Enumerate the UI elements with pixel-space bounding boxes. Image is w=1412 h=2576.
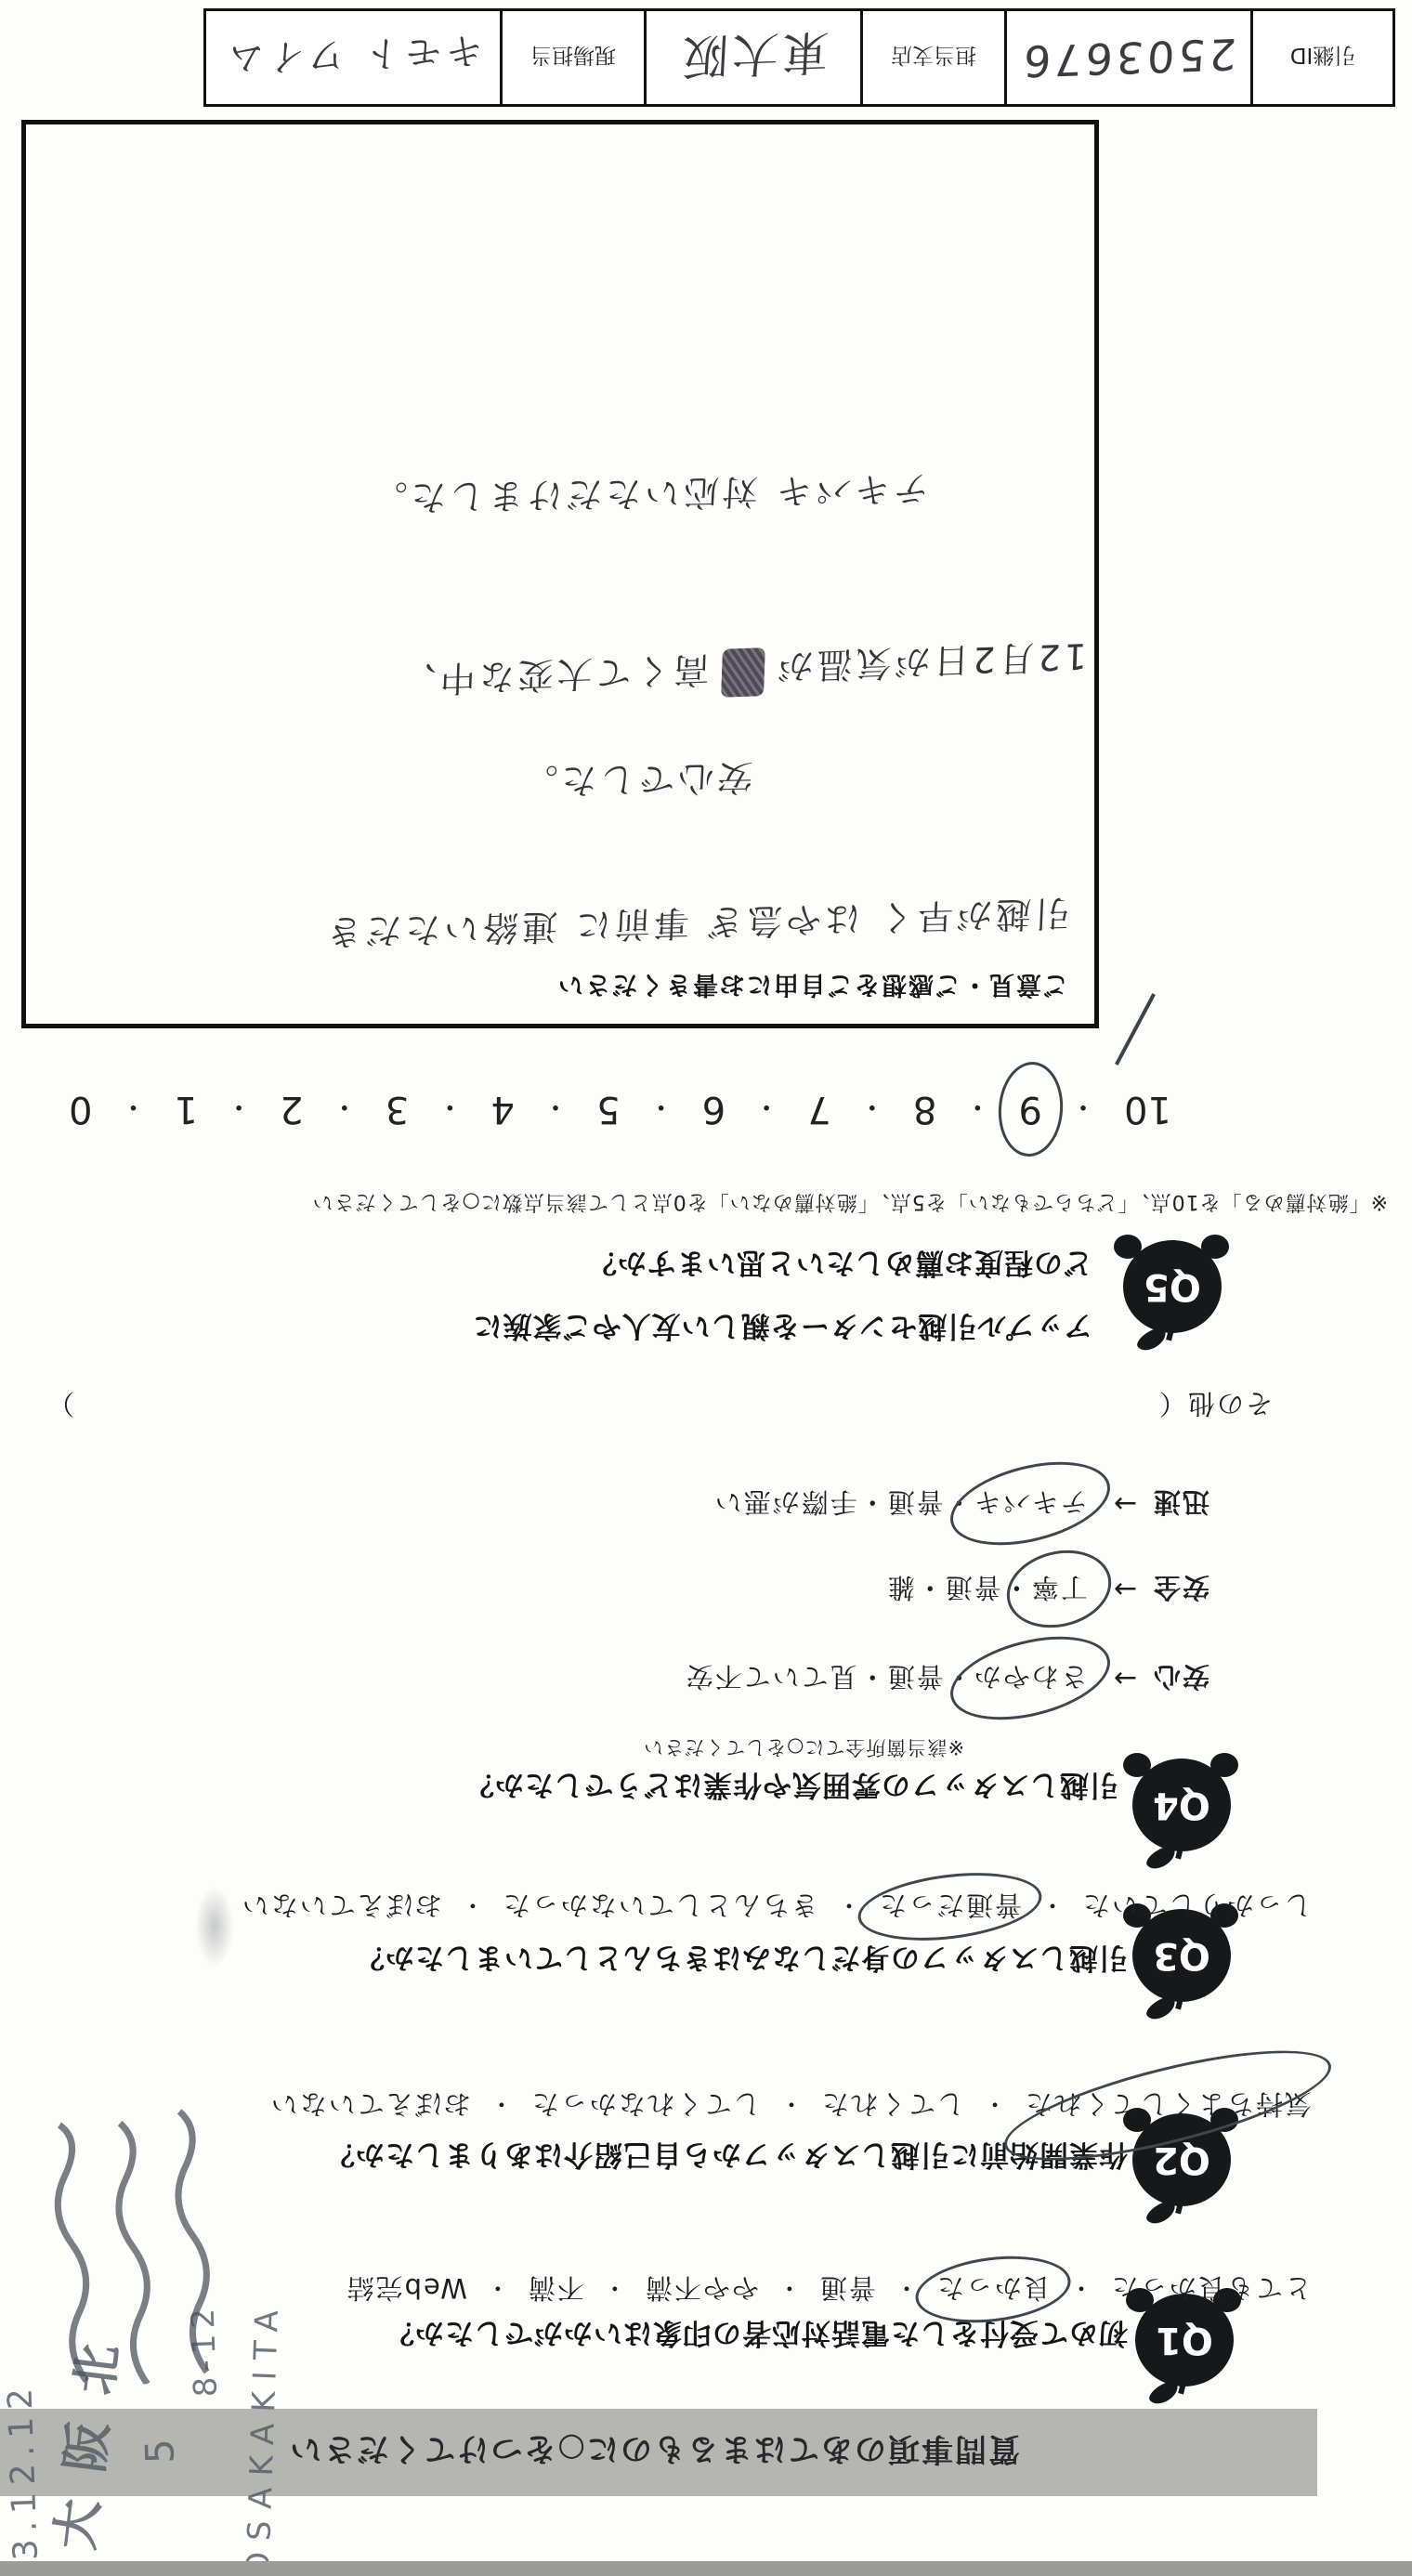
separator-dot: ・ — [752, 1089, 780, 1130]
q2-badge: Q2 — [1132, 2113, 1231, 2206]
branch-label: 担当支店 — [891, 43, 976, 73]
q1-option-selected: 良かった — [935, 2270, 1051, 2308]
q4-badge: Q4 — [1132, 1759, 1231, 1851]
q3-title: 引越しスタッフの身だしなみはきちんとしていましたか？ — [355, 1940, 1128, 1981]
separator-dot: ・ — [225, 1089, 253, 1130]
q1-option: とても良かった — [1110, 2270, 1312, 2308]
nps-1: 1 — [171, 1088, 202, 1131]
q1-option: Web完結 — [346, 2270, 467, 2308]
arrow-right-icon: → — [1112, 1487, 1137, 1520]
postmark-romaji: OSAKAKITA — [240, 2298, 286, 2576]
scanner-edge-strip — [0, 2561, 1412, 2576]
comment-box: ご意見・ご感想をご自由にお書きください 引越が早く はや急ぎ 事前に 連絡いただ… — [21, 120, 1099, 1028]
nps-2: 2 — [276, 1088, 307, 1131]
separator-dot: ・ — [857, 1659, 886, 1697]
separator-dot: ・ — [484, 2272, 510, 2307]
separator-dot: ・ — [331, 1089, 359, 1130]
comment-box-label: ご意見・ご感想をご自由にお書きください — [556, 969, 1068, 1005]
q4-option: 雑 — [886, 1570, 915, 1608]
q4-option-selected: さわやか — [973, 1659, 1088, 1697]
q2-options: 気持ちよくしてくれた・ してくれた・ してくれなかった・ おぼえていない — [269, 2086, 1312, 2125]
separator-dot: ・ — [776, 2272, 802, 2307]
separator-dot: ・ — [893, 2272, 919, 2307]
q2-mascot-icon: Q2 — [1131, 2110, 1231, 2217]
q2-option-selected: 気持ちよくしてくれた — [1024, 2086, 1312, 2125]
q1-options: とても良かった・ 良かった・ 普通・ やや不満・ 不満・ Web完結 — [346, 2270, 1312, 2308]
handwritten-line-1: 引越が早く はや急ぎ 事前に 連絡いただき — [322, 890, 1071, 961]
q4-option: 普通 — [886, 1659, 944, 1697]
handwritten-line-3a: 12月2日が気温が — [774, 635, 1088, 687]
nps-3: 3 — [382, 1088, 412, 1131]
separator-dot: ・ — [120, 1089, 148, 1130]
q2-title: 作業開始前に引越しスタッフから自己紹介はありましたか？ — [325, 2137, 1128, 2178]
scanned-survey-sheet: 質問事項のあてはまるものに○をつけてください Q1 初めて受付をした電話対応者の… — [0, 0, 1412, 2576]
branch-value: 東大阪 — [676, 21, 830, 94]
nps-5: 5 — [593, 1088, 623, 1131]
separator-dot: ・ — [488, 2088, 514, 2123]
q4-row-anzen: 安全 → 丁寧・ 普通・ 雑 — [886, 1570, 1209, 1608]
q4-title: 引越しスタッフの雰囲気や作業はどうでしたか？ — [464, 1767, 1118, 1809]
separator-dot: ・ — [1001, 1570, 1030, 1608]
ink-smudge — [195, 1886, 234, 1968]
branch-label-cell: 担当支店 — [860, 11, 1004, 104]
arrow-right-icon: → — [1112, 1662, 1137, 1694]
postmark-wavy-lines — [12, 2098, 235, 2395]
instruction-bar-text: 質問事項のあてはまるものに○をつけてください — [288, 2430, 1020, 2476]
q5-mascot-icon: Q5 — [1121, 1236, 1222, 1344]
separator-dot: ・ — [778, 2088, 804, 2123]
separator-dot: ・ — [963, 1089, 991, 1130]
staff-label-cell: 現場担当 — [500, 11, 644, 104]
q4-mascot-icon: Q4 — [1131, 1755, 1231, 1863]
q4-note: ※該当箇所全てに○をしてください — [643, 1734, 964, 1762]
nps-scale: 10・ 9・ 8・ 7・ 6・ 5・ 4・ 3・ 2・ 1・ 0 — [65, 1088, 1175, 1131]
q3-option: きちんとしていなかった — [502, 1888, 818, 1926]
q1-title: 初めて受付をした電話対応者の印象はいかがでしたか？ — [385, 2315, 1128, 2357]
separator-dot: ・ — [601, 2272, 627, 2307]
q5-note: ※「絶対薦める」を10点、「どちらでもない」を5点、「絶対薦めない」を0点として… — [312, 1189, 1388, 1218]
nps-4: 4 — [487, 1088, 517, 1131]
nps-7: 7 — [804, 1088, 834, 1131]
q4-other-row: その他（ ） — [0, 1386, 1273, 1424]
q4-option-selected: テキパキ — [973, 1484, 1088, 1523]
separator-dot: ・ — [944, 1659, 973, 1697]
separator-dot: ・ — [915, 1570, 944, 1608]
q4-anchor: 迅速 — [1152, 1484, 1209, 1523]
close-paren: ） — [46, 1386, 74, 1424]
handover-id-value-cell: 2503676 — [1004, 11, 1250, 104]
separator-dot: ・ — [1067, 2272, 1093, 2307]
q4-other-label: その他 — [1186, 1388, 1273, 1419]
q2-option: おぼえていない — [269, 2086, 471, 2125]
q2-option: してくれなかった — [530, 2086, 761, 2125]
handover-table: 引継ID 2503676 担当支店 東大阪 現場担当 キモト ワイム — [203, 8, 1395, 107]
nps-6: 6 — [699, 1088, 729, 1131]
separator-dot: ・ — [944, 1484, 973, 1523]
survey-paper-rotated-180: 質問事項のあてはまるものに○をつけてください Q1 初めて受付をした電話対応者の… — [0, 0, 1412, 2576]
q4-row-jinsoku: 迅速 → テキパキ・ 普通・ 手際が悪い — [713, 1484, 1209, 1523]
postmark-extra: 5 — [137, 2439, 183, 2465]
handover-id-value: 2503676 — [1019, 29, 1238, 86]
handwritten-line-3: 12月2日が気温が高くて大変な中、 — [397, 634, 1088, 709]
q2-option: してくれた — [820, 2086, 964, 2125]
q3-option: おぼえていない — [241, 1888, 442, 1926]
handwritten-line-4: テキパキ 対応いただけました。 — [367, 466, 931, 528]
open-paren: （ — [1157, 1388, 1186, 1419]
q1-option: 不満 — [527, 2270, 584, 2308]
q4-anchor: 安全 — [1152, 1570, 1209, 1608]
q4-option: 普通 — [886, 1484, 944, 1523]
handover-id-label-cell: 引継ID — [1250, 11, 1392, 104]
q5-title-line1: アップル引越センターを親しい友人やご家族に — [473, 1308, 1092, 1350]
separator-dot: ・ — [459, 1890, 485, 1924]
q4-option: 見ていて不安 — [685, 1659, 857, 1697]
branch-value-cell: 東大阪 — [644, 11, 860, 104]
q4-anchor: 安心 — [1152, 1659, 1209, 1697]
nps-9-selected: 9 — [1014, 1088, 1045, 1131]
q4-option: 手際が悪い — [713, 1484, 857, 1523]
q1-option: やや不満 — [644, 2270, 759, 2308]
q5-title-line2: どの程度お薦めしたいと思いますか？ — [587, 1245, 1092, 1287]
staff-label: 現場担当 — [530, 43, 616, 73]
handwritten-line-3b: 高くて大変な中、 — [397, 648, 710, 700]
handwritten-line-2: 安心でした。 — [517, 755, 754, 810]
q3-options: しっかりしていた・ 普通だった・ きちんとしていなかった・ おぼえていない — [241, 1888, 1312, 1926]
nps-8: 8 — [909, 1088, 940, 1131]
q4-row-anshin: 安心 → さわやか・ 普通・ 見ていて不安 — [685, 1659, 1209, 1697]
separator-dot: ・ — [858, 1089, 886, 1130]
q1-option: 普通 — [818, 2270, 876, 2308]
staff-value: キモト ワイム — [222, 27, 484, 89]
separator-dot: ・ — [835, 1890, 861, 1924]
q4-option: 普通 — [944, 1570, 1001, 1608]
separator-dot: ・ — [542, 1089, 569, 1130]
arrow-right-icon: → — [1112, 1573, 1137, 1605]
separator-dot: ・ — [1069, 1089, 1097, 1130]
separator-dot: ・ — [981, 2088, 1007, 2123]
q3-option-selected: 普通だった — [878, 1888, 1022, 1926]
handover-id-label: 引継ID — [1290, 43, 1356, 73]
separator-dot: ・ — [647, 1089, 675, 1130]
nps-0: 0 — [65, 1088, 96, 1131]
postmark-date: 3.12.12 — [1, 2380, 46, 2561]
nps-10: 10 — [1120, 1088, 1175, 1131]
pen-stroke-tail — [1115, 993, 1156, 1066]
q4-option-selected: 丁寧 — [1030, 1570, 1088, 1608]
separator-dot: ・ — [857, 1484, 886, 1523]
separator-dot: ・ — [1039, 1890, 1065, 1924]
q3-option: しっかりしていた — [1081, 1888, 1312, 1926]
q5-badge: Q5 — [1123, 1240, 1222, 1333]
staff-value-cell: キモト ワイム — [206, 11, 500, 104]
separator-dot: ・ — [436, 1089, 464, 1130]
ink-scribble — [722, 647, 766, 698]
instruction-bar: 質問事項のあてはまるものに○をつけてください — [0, 2409, 1317, 2496]
